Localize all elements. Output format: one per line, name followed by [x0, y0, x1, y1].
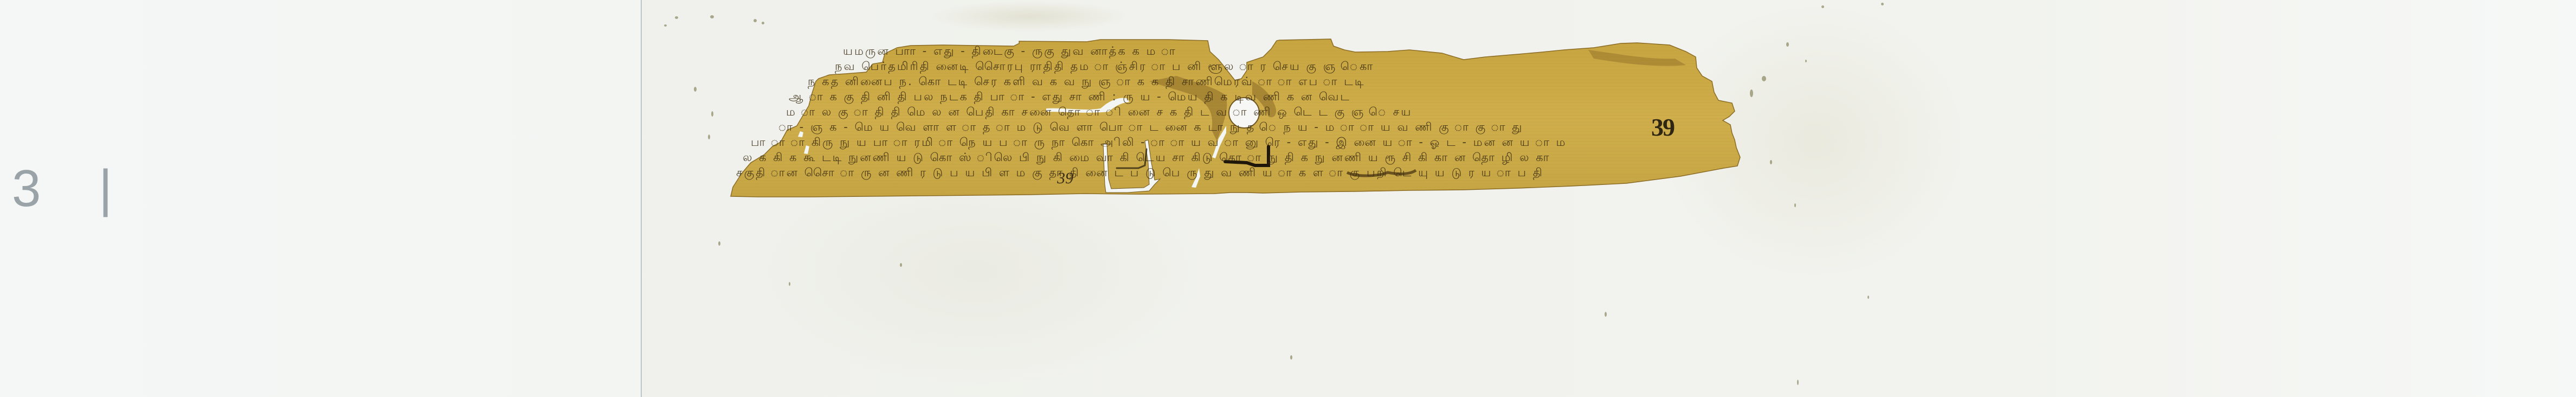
folio-number-bottom: 39 [1057, 169, 1073, 188]
string-hole [1229, 98, 1259, 128]
folio-number-margin: 39 [1651, 113, 1674, 142]
palm-leaf [0, 0, 2576, 397]
